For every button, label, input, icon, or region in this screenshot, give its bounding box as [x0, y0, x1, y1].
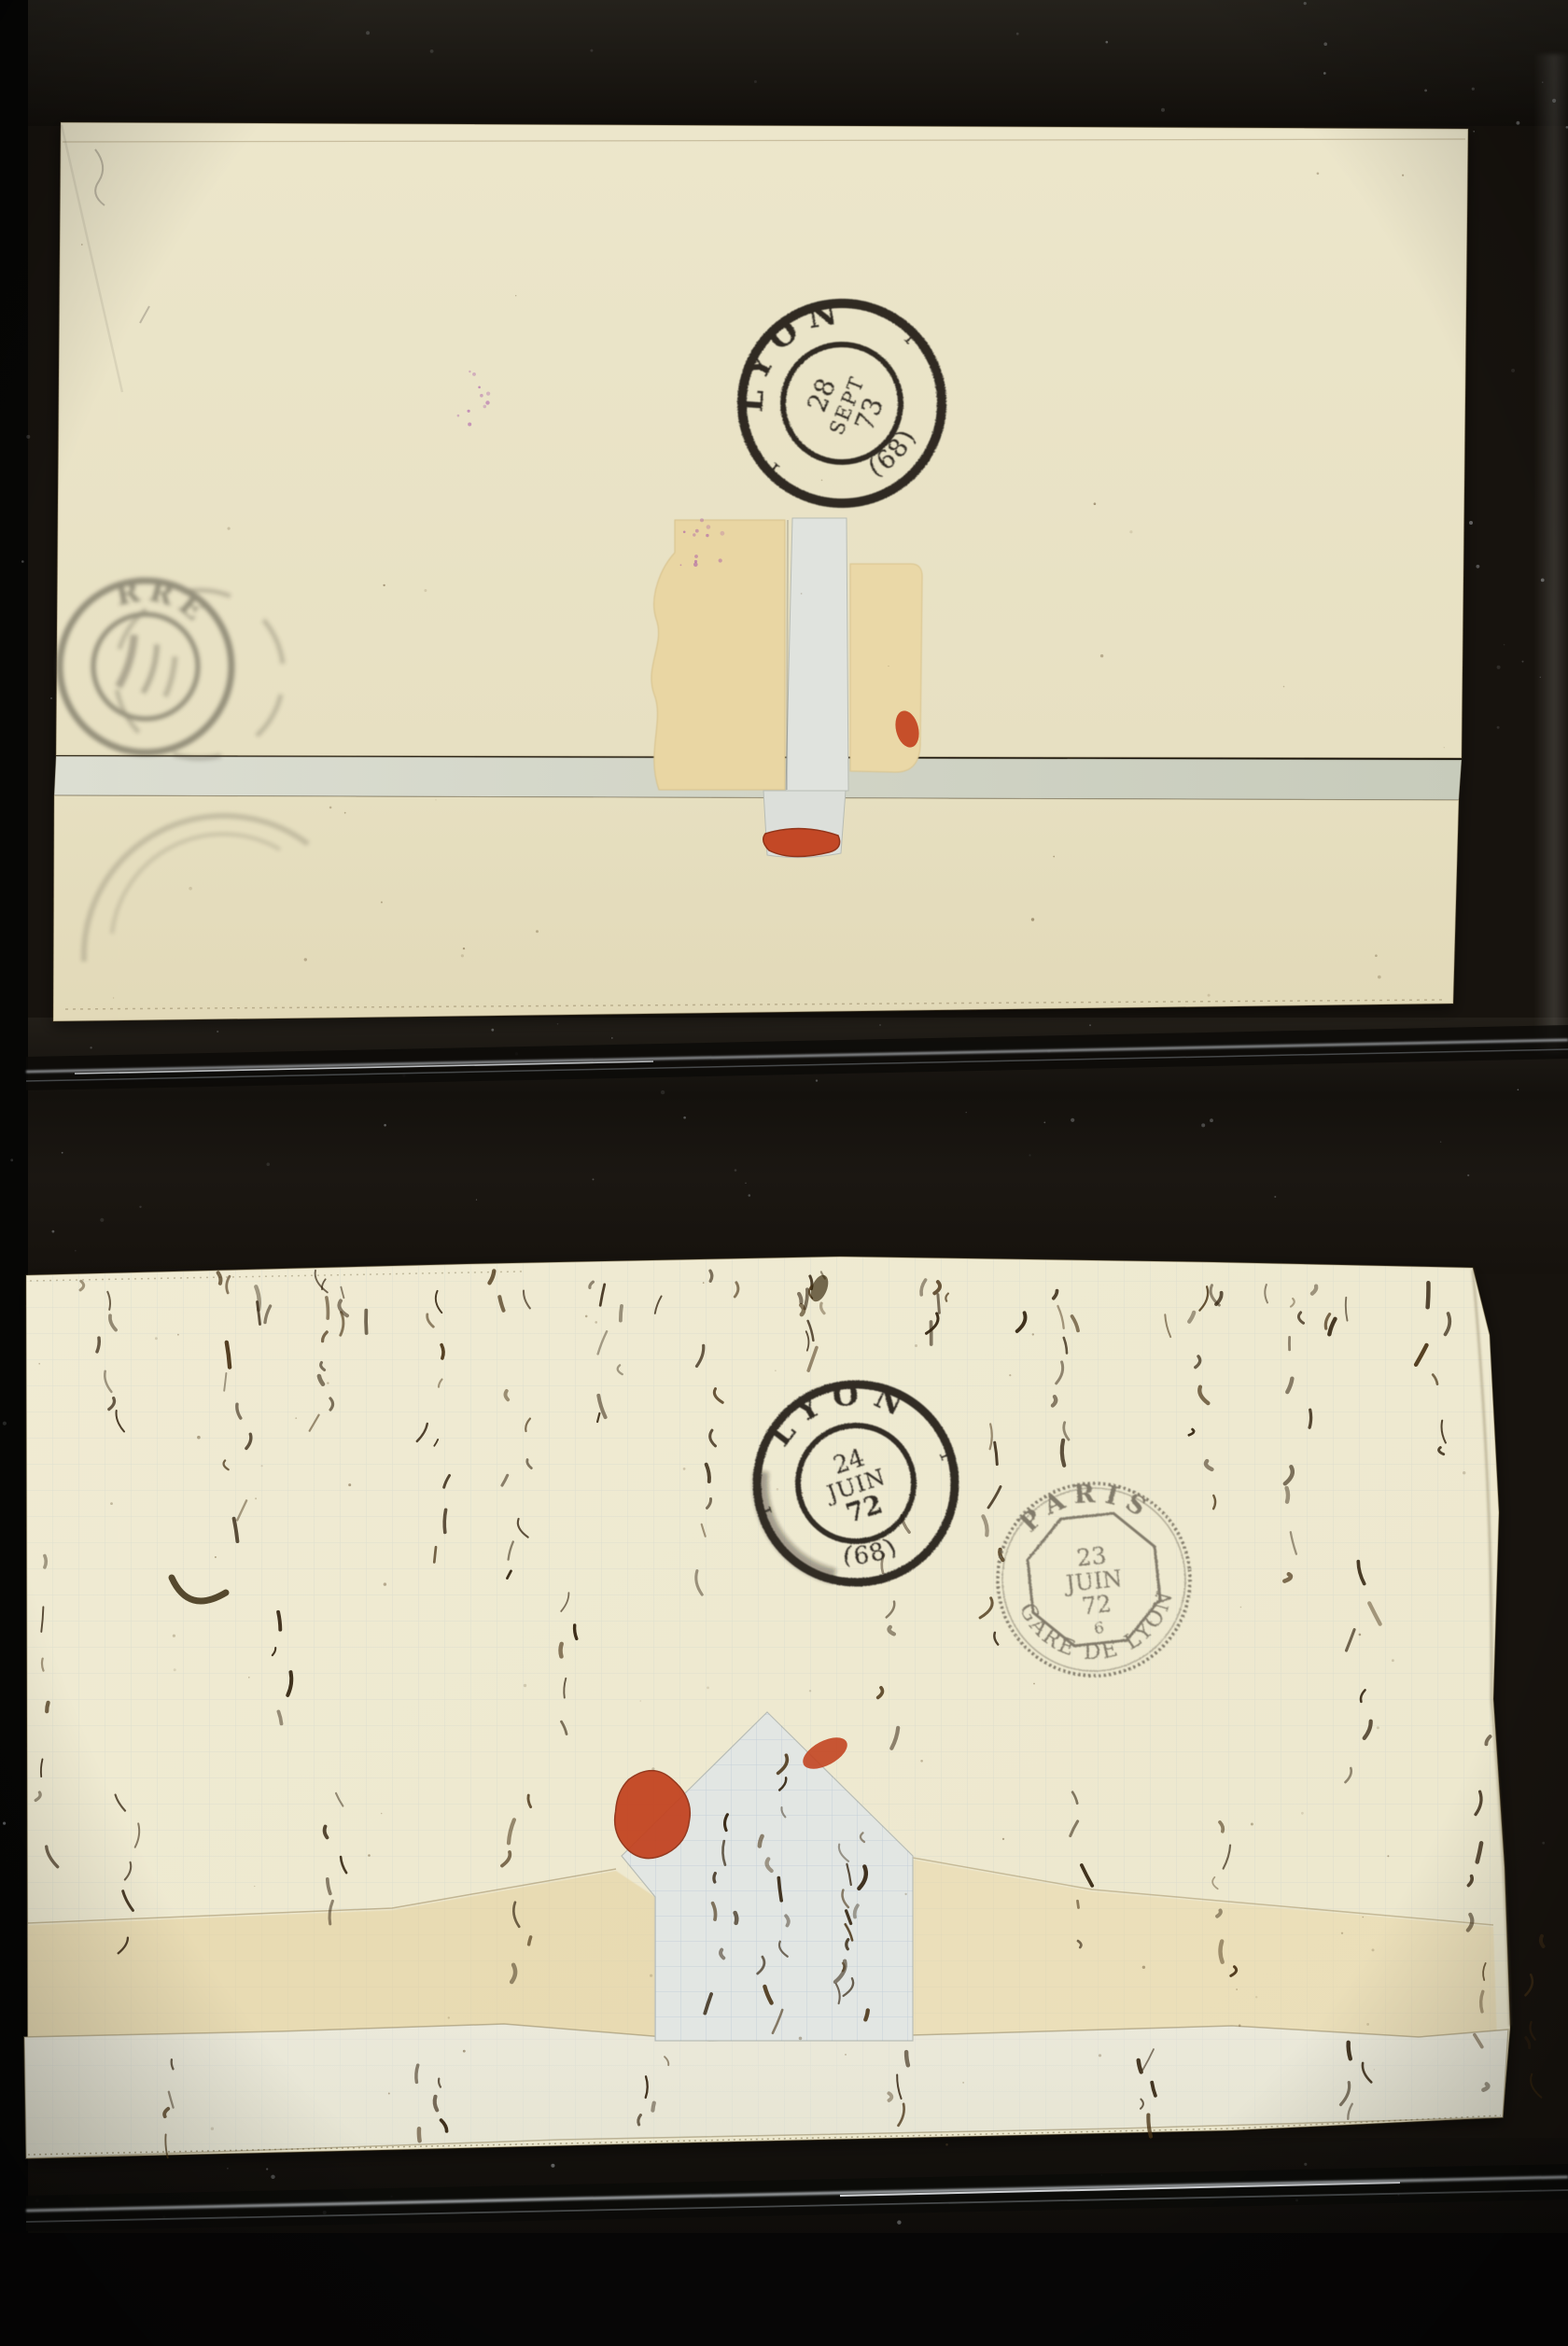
- album-photo: RRE LYON (68) 28 SEPT 73 1 1: [0, 0, 1568, 2346]
- vignette: [0, 0, 1568, 2346]
